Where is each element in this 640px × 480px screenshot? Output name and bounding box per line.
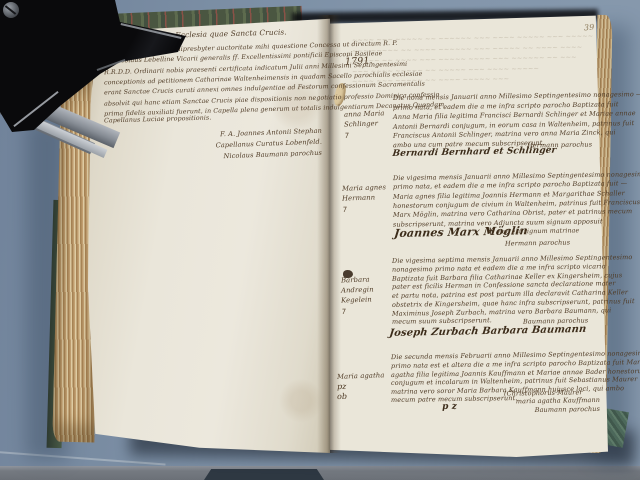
priest-signature: Hermann parochus xyxy=(505,238,570,247)
margin-note: Andregin xyxy=(341,285,374,294)
photo-scene: Ecclesia quae Sancta Crucis. 1791. 39 Eg… xyxy=(0,0,640,480)
margin-note: ⁊ xyxy=(344,130,348,139)
margin-note: pz xyxy=(337,382,347,391)
table-notch-opening xyxy=(204,469,324,480)
notation-mark: p z xyxy=(442,402,457,412)
manuscript-line: mecum suum subscripserunt. xyxy=(392,316,492,326)
margin-note: Barbara xyxy=(341,276,370,285)
cross-mark: + xyxy=(486,226,495,237)
margin-note: Schlinger xyxy=(344,119,378,128)
margin-note: Maria agnes xyxy=(342,183,386,193)
margin-note: ob xyxy=(337,392,347,401)
margin-note: Maria agatha xyxy=(337,371,385,381)
margin-note: ⁊ xyxy=(341,306,345,315)
margin-note: ⁊ xyxy=(342,204,346,213)
margin-note: anna Maria xyxy=(344,109,385,118)
margin-note: Hermann xyxy=(342,193,375,202)
margin-note: Kegelein xyxy=(341,295,372,304)
cross-note: hoc est signum matrinae xyxy=(498,227,579,235)
